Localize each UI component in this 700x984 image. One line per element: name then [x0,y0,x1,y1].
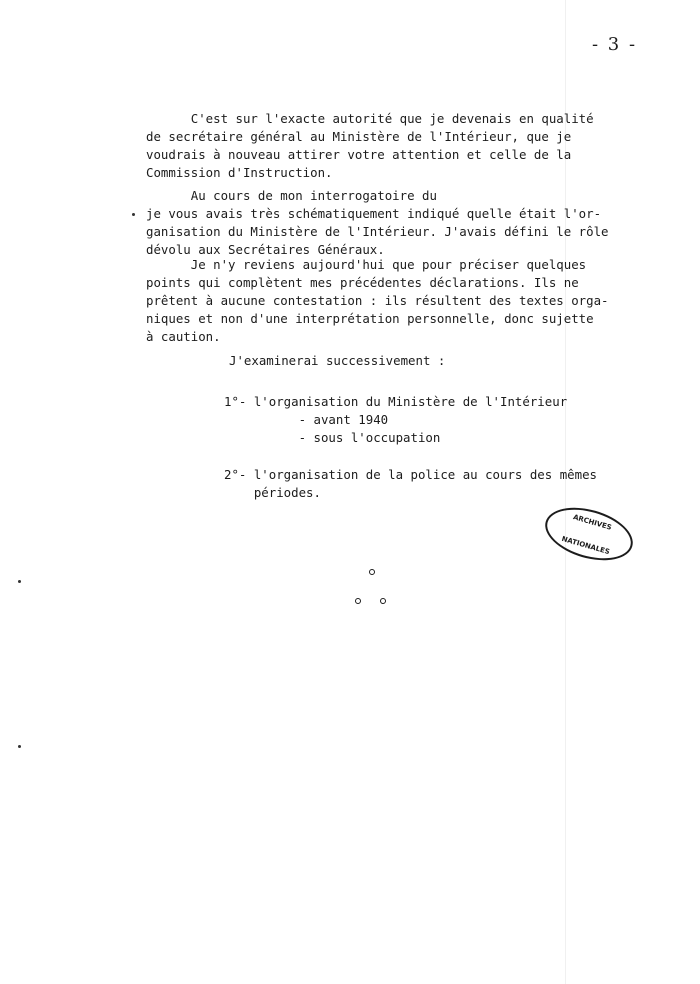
speck-mark [18,580,21,583]
stamp-top-text: ARCHIVES [550,507,635,538]
ornament-circle-icon [355,598,361,604]
speck-mark [18,745,21,748]
archives-nationales-stamp: ARCHIVES NATIONALES [539,499,639,570]
paragraph-3: Je n'y reviens aujourd'hui que pour préc… [146,256,609,346]
stamp-bottom-text: NATIONALES [543,530,628,561]
list-item-2: 2°- l'organisation de la police au cours… [224,466,597,502]
ornament-circle-icon [380,598,386,604]
speck-mark [132,213,135,216]
paragraph-2: Au cours de mon interrogatoire du je vou… [146,187,609,259]
ornament-circle-icon [369,569,375,575]
page-number: - 3 - [592,34,637,55]
paragraph-1: C'est sur l'exacte autorité que je deven… [146,110,594,182]
list-item-1: 1°- l'organisation du Ministère de l'Int… [224,393,567,447]
intro-line: J'examinerai successivement : [229,352,445,370]
